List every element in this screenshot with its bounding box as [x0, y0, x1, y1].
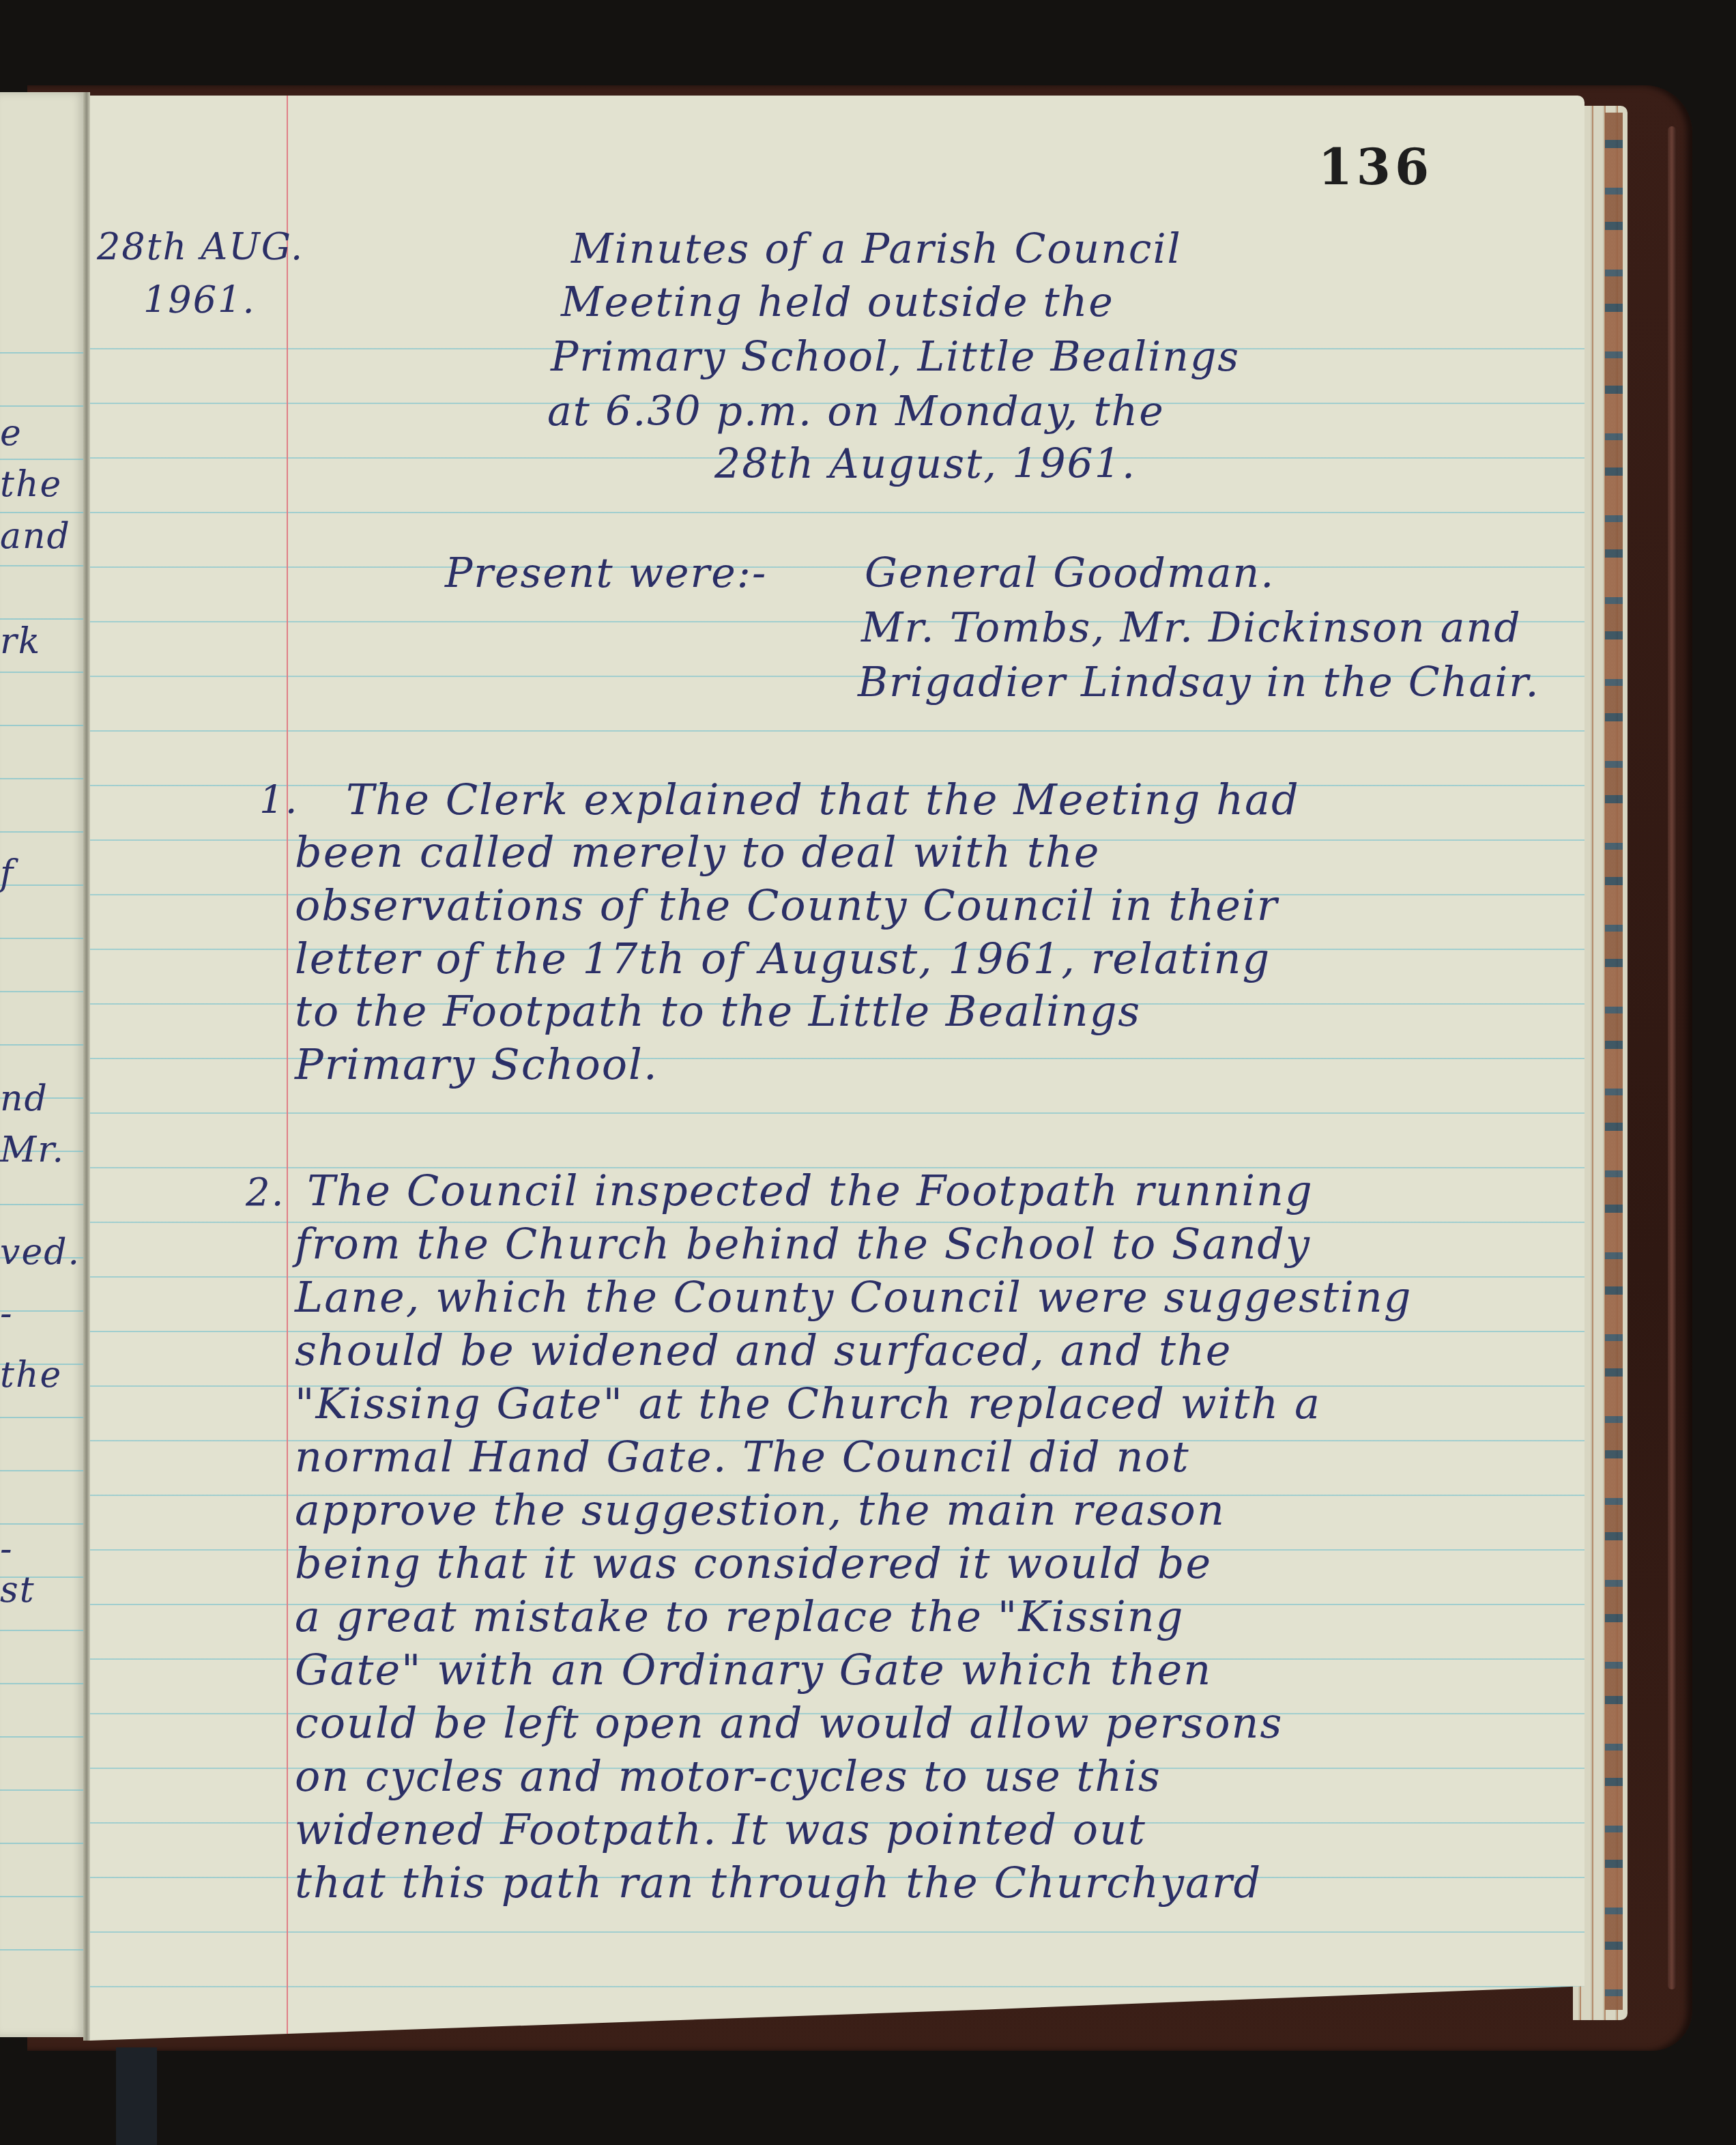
page-number: 136: [1318, 138, 1433, 196]
left-fragment: -: [0, 1529, 14, 1570]
left-fragment: Mr.: [0, 1129, 65, 1170]
book-gutter: [83, 92, 90, 2041]
item-line: Lane, which the County Council were sugg…: [295, 1272, 1412, 1322]
heading-line: Minutes of a Parish Council: [571, 225, 1182, 273]
left-fragment: e: [0, 413, 23, 454]
left-fragment: nd: [0, 1078, 48, 1119]
left-fragment: -: [0, 1293, 14, 1334]
binder-strip: [116, 2047, 157, 2145]
item-line: The Council inspected the Footpath runni…: [307, 1166, 1314, 1215]
left-fragment: f: [0, 853, 14, 894]
item-line: should be widened and surfaced, and the: [295, 1325, 1232, 1375]
item-line: Primary School.: [295, 1039, 659, 1089]
item-line: observations of the County Council in th…: [295, 880, 1278, 930]
margin-date-year: 1961.: [143, 278, 256, 321]
item-line: normal Hand Gate. The Council did not: [295, 1432, 1190, 1482]
item-line: being that it was considered it would be: [295, 1538, 1212, 1588]
item-line: letter of the 17th of August, 1961, rela…: [295, 934, 1271, 983]
item-line: widened Footpath. It was pointed out: [295, 1804, 1146, 1854]
left-fragment: the: [0, 464, 62, 505]
attendee-line: Brigadier Lindsay in the Chair.: [858, 659, 1540, 706]
attendance-label: Present were:-: [445, 549, 767, 597]
left-fragment: ved.: [0, 1232, 81, 1273]
item-line: to the Footpath to the Little Bealings: [295, 986, 1141, 1036]
margin-date-day: 28th AUG.: [97, 225, 304, 268]
margin-line: [287, 96, 288, 2041]
item-line: "Kissing Gate" at the Church replaced wi…: [295, 1379, 1321, 1428]
item-line: a great mistake to replace the "Kissing: [295, 1592, 1184, 1641]
item-number: 2.: [246, 1170, 285, 1215]
heading-line: at 6.30 p.m. on Monday, the: [547, 388, 1165, 435]
item-line: The Clerk explained that the Meeting had: [346, 775, 1300, 824]
heading-line: Meeting held outside the: [561, 278, 1114, 326]
attendee-line: Mr. Tombs, Mr. Dickinson and: [861, 604, 1522, 652]
item-line: that this path ran through the Churchyar…: [295, 1858, 1262, 1908]
heading-line: 28th August, 1961.: [714, 440, 1136, 488]
item-line: from the Church behind the School to San…: [295, 1219, 1311, 1269]
item-line: Gate" with an Ordinary Gate which then: [295, 1645, 1212, 1695]
attendee-line: General Goodman.: [865, 549, 1275, 597]
minute-book-page: 136 28th AUG. 1961. Minutes of a Parish …: [90, 96, 1585, 2041]
page-stack-edge: [1605, 113, 1623, 2010]
left-fragment: st: [0, 1570, 35, 1611]
item-line: on cycles and motor-cycles to use this: [295, 1751, 1161, 1801]
left-page-rules: [0, 92, 83, 2037]
item-line: could be left open and would allow perso…: [295, 1698, 1283, 1748]
cover-edge: [1668, 126, 1676, 1989]
heading-line: Primary School, Little Bealings: [551, 333, 1240, 381]
left-fragment: the: [0, 1355, 62, 1396]
left-fragment: and: [0, 516, 71, 557]
item-number: 1.: [259, 778, 298, 822]
item-line: approve the suggestion, the main reason: [295, 1485, 1226, 1535]
left-fragment: rk: [0, 621, 41, 662]
item-line: been called merely to deal with the: [295, 827, 1100, 877]
